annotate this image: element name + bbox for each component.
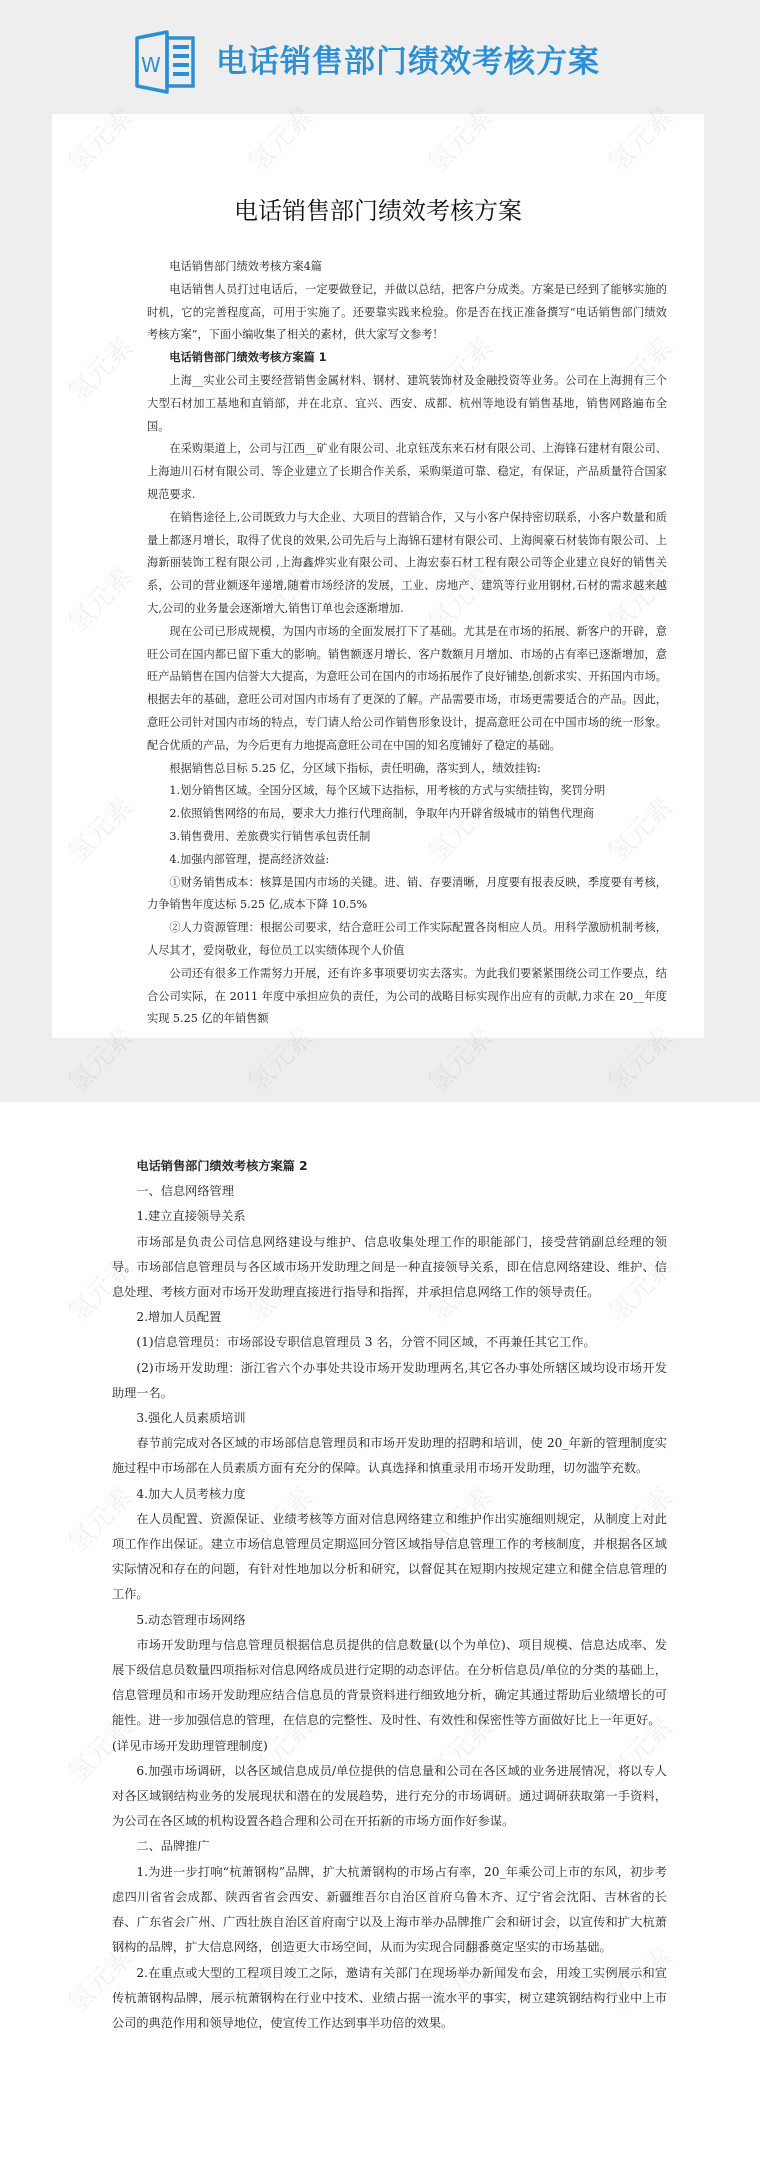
paragraph: 2.依照销售网络的布局，要求大力推行代理商制，争取年内开辟省级城市的销售代理商 [147, 803, 667, 826]
paragraph: ②人力资源管理：根据公司要求，结合意旺公司工作实际配置各岗相应人员。用科学激励机… [147, 917, 667, 963]
paragraph: 在人员配置、资源保证、业绩考核等方面对信息网络建立和维护作出实施细则规定，从制度… [112, 1507, 667, 1608]
paragraph: ①财务销售成本：核算是国内市场的关键。进、销、存要清晰，月度要有报表反映，季度要… [147, 872, 667, 918]
paragraph: 现在公司已形成规模，为国内市场的全面发展打下了基础。尤其是在市场的拓展、新客户的… [147, 621, 667, 758]
paragraph: 电话销售部门绩效考核方案4篇 [147, 256, 667, 279]
paragraph: 1.为进一步打响“杭萧钢构”品牌，扩大杭萧钢构的市场占有率，20_年乘公司上市的… [112, 1860, 667, 1961]
paragraph: 6.加强市场调研，以各区域信息成员/单位提供的信息量和公司在各区域的业务进展情况… [112, 1759, 667, 1835]
paragraph: 4.加强内部管理，提高经济效益: [147, 849, 667, 872]
paragraph: 4.加大人员考核力度 [112, 1482, 667, 1507]
paragraph: 电话销售人员打过电话后，一定要做登记，并做以总结，把客户分成类。方案是已经到了能… [147, 279, 667, 347]
paragraph: 一、信息网络管理 [112, 1179, 667, 1204]
section-heading: 电话销售部门绩效考核方案篇 2 [112, 1154, 667, 1179]
paragraph: 根据销售总目标 5.25 亿，分区域下指标，责任明确，落实到人，绩效挂钩: [147, 758, 667, 781]
paragraph: 3.销售费用、差旅费实行销售承包责任制 [147, 826, 667, 849]
paragraph: 市场开发助理与信息管理员根据信息员提供的信息数量(以个为单位)、项目规模、信息达… [112, 1633, 667, 1734]
page-2-body: 电话销售部门绩效考核方案篇 2一、信息网络管理1.建立直接领导关系市场部是负责公… [112, 1154, 667, 2036]
paragraph: (详见市场开发助理管理制度) [112, 1734, 667, 1759]
paragraph: 在销售途径上,公司既致力与大企业、大项目的营销合作，又与小客户保持密切联系，小客… [147, 507, 667, 621]
paragraph: 2.在重点或大型的工程项目竣工之际，邀请有关部门在现场举办新闻发布会，用竣工实例… [112, 1961, 667, 2037]
paragraph: (1)信息管理员：市场部设专职信息管理员 3 名，分管不同区域，不再兼任其它工作… [112, 1330, 667, 1355]
banner-header: W 电话销售部门绩效考核方案 [0, 0, 760, 114]
paragraph: 市场部是负责公司信息网络建设与维护、信息收集处理工作的职能部门，接受营销副总经理… [112, 1230, 667, 1306]
page-1-body: 电话销售部门绩效考核方案4篇电话销售人员打过电话后，一定要做登记，并做以总结，把… [147, 256, 667, 1031]
paragraph: 二、品牌推广 [112, 1834, 667, 1859]
paragraph: 2.增加人员配置 [112, 1305, 667, 1330]
document-page-2: 电话销售部门绩效考核方案篇 2一、信息网络管理1.建立直接领导关系市场部是负责公… [0, 1102, 760, 2178]
paragraph: 5.动态管理市场网络 [112, 1608, 667, 1633]
word-document-icon: W [133, 30, 197, 94]
paragraph: 上海__实业公司主要经营销售金属材料、钢材、建筑装饰材及金融投资等业务。公司在上… [147, 370, 667, 438]
paragraph: 3.强化人员素质培训 [112, 1406, 667, 1431]
svg-text:W: W [141, 53, 161, 77]
section-heading: 电话销售部门绩效考核方案篇 1 [147, 347, 667, 370]
paragraph: 在采购渠道上，公司与江西__矿业有限公司、北京钰茂东来石材有限公司、上海锋石建材… [147, 438, 667, 506]
paragraph: 1.划分销售区域。全国分区域，每个区域下达指标，用考核的方式与实绩挂钩，奖罚分明 [147, 780, 667, 803]
paragraph: (2)市场开发助理：浙江省六个办事处共设市场开发助理两名,其它各办事处所辖区域均… [112, 1356, 667, 1406]
banner-title: 电话销售部门绩效考核方案 [216, 42, 600, 82]
paragraph: 春节前完成对各区域的市场部信息管理员和市场开发助理的招聘和培训，使 20_年新的… [112, 1431, 667, 1481]
paragraph: 公司还有很多工作需努力开展，还有许多事项要切实去落实。为此我们要紧紧围绕公司工作… [147, 963, 667, 1031]
paragraph: 1.建立直接领导关系 [112, 1204, 667, 1229]
document-page-1: 电话销售部门绩效考核方案 电话销售部门绩效考核方案4篇电话销售人员打过电话后，一… [52, 114, 704, 1038]
document-title: 电话销售部门绩效考核方案 [52, 194, 704, 228]
